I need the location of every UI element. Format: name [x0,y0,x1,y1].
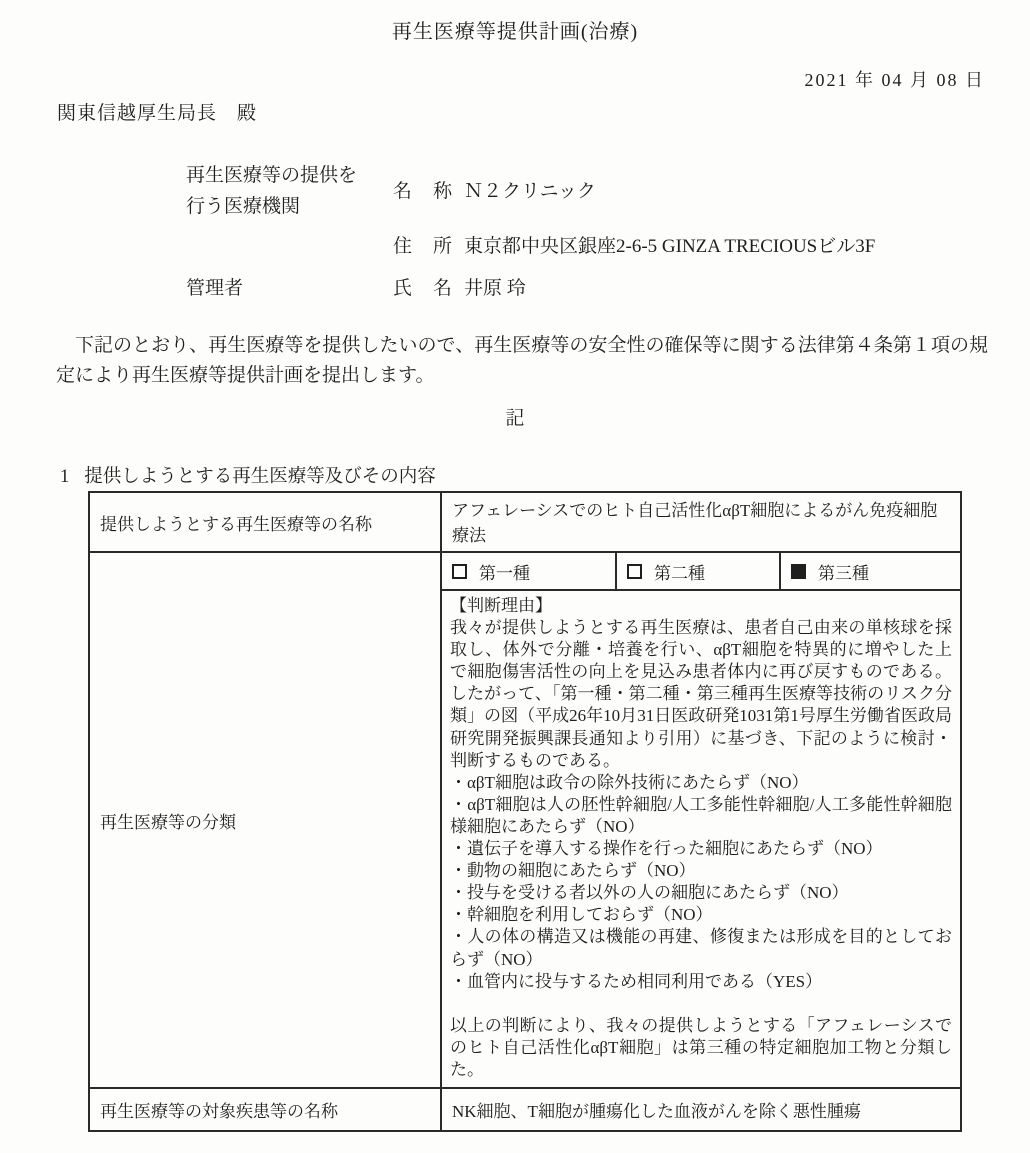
checkbox-type3-label: 第三種 [818,559,869,584]
institution-name-label: 名 称 [393,176,453,203]
classification-label-cell: 再生医療等の分類 [90,553,442,1089]
checkbox-type1-icon[interactable] [452,564,467,579]
manager-name-value: 井原 玲 [464,273,526,300]
section-1-heading: 1 提供しようとする再生医療等及びその内容 [60,462,436,488]
document-title: 再生医療等提供計画(治療) [0,15,1030,44]
provider-label-line2: 行う医療機関 [186,191,357,222]
institution-address-label: 住 所 [393,231,453,258]
institution-name-value: Ｎ２クリニック [464,176,596,203]
classification-reason-cell: 【判断理由】 我々が提供しようとする再生医療は、患者自己由来の単核球を採取し、体… [442,591,960,1089]
section-1-number: 1 [60,467,69,488]
classification-option-type1: 第一種 [442,553,617,591]
checkbox-type3-icon[interactable] [791,564,806,579]
provider-label-line1: 再生医療等の提供を [186,160,357,191]
submission-statement: 下記のとおり、再生医療等を提供したいので、再生医療等の安全性の確保等に関する法律… [56,331,988,390]
scanned-document-page: 再生医療等提供計画(治療) 2021 年 04 月 08 日 関東信越厚生局長 … [0,0,1030,1153]
disease-name-label-cell: 再生医療等の対象疾患等の名称 [90,1089,442,1130]
checkbox-type2-icon[interactable] [627,564,642,579]
classification-option-type2: 第二種 [617,553,781,591]
record-mark: 記 [0,403,1030,430]
disease-name-value-cell: NK細胞、T細胞が腫瘍化した血液がんを除く悪性腫瘍 [442,1089,960,1130]
manager-name-label: 氏 名 [393,273,453,300]
checkbox-type1-label: 第一種 [479,559,530,584]
document-date: 2021 年 04 月 08 日 [805,66,986,92]
provider-institution-label: 再生医療等の提供を 行う医療機関 [186,160,357,222]
addressee-line: 関東信越厚生局長 殿 [57,98,257,125]
section-1-title: 提供しようとする再生医療等及びその内容 [84,462,436,488]
section-1-table: 提供しようとする再生医療等の名称 アフェレーシスでのヒト自己活性化αβT細胞によ… [88,491,962,1132]
manager-label: 管理者 [186,273,243,300]
therapy-name-label-cell: 提供しようとする再生医療等の名称 [90,493,442,553]
classification-option-type3: 第三種 [781,553,960,591]
institution-address-value: 東京都中央区銀座2-6-5 GINZA TRECIOUSビル3F [464,231,875,258]
therapy-name-value-cell: アフェレーシスでのヒト自己活性化αβT細胞によるがん免疫細胞療法 [442,493,960,553]
checkbox-type2-label: 第二種 [654,559,705,584]
